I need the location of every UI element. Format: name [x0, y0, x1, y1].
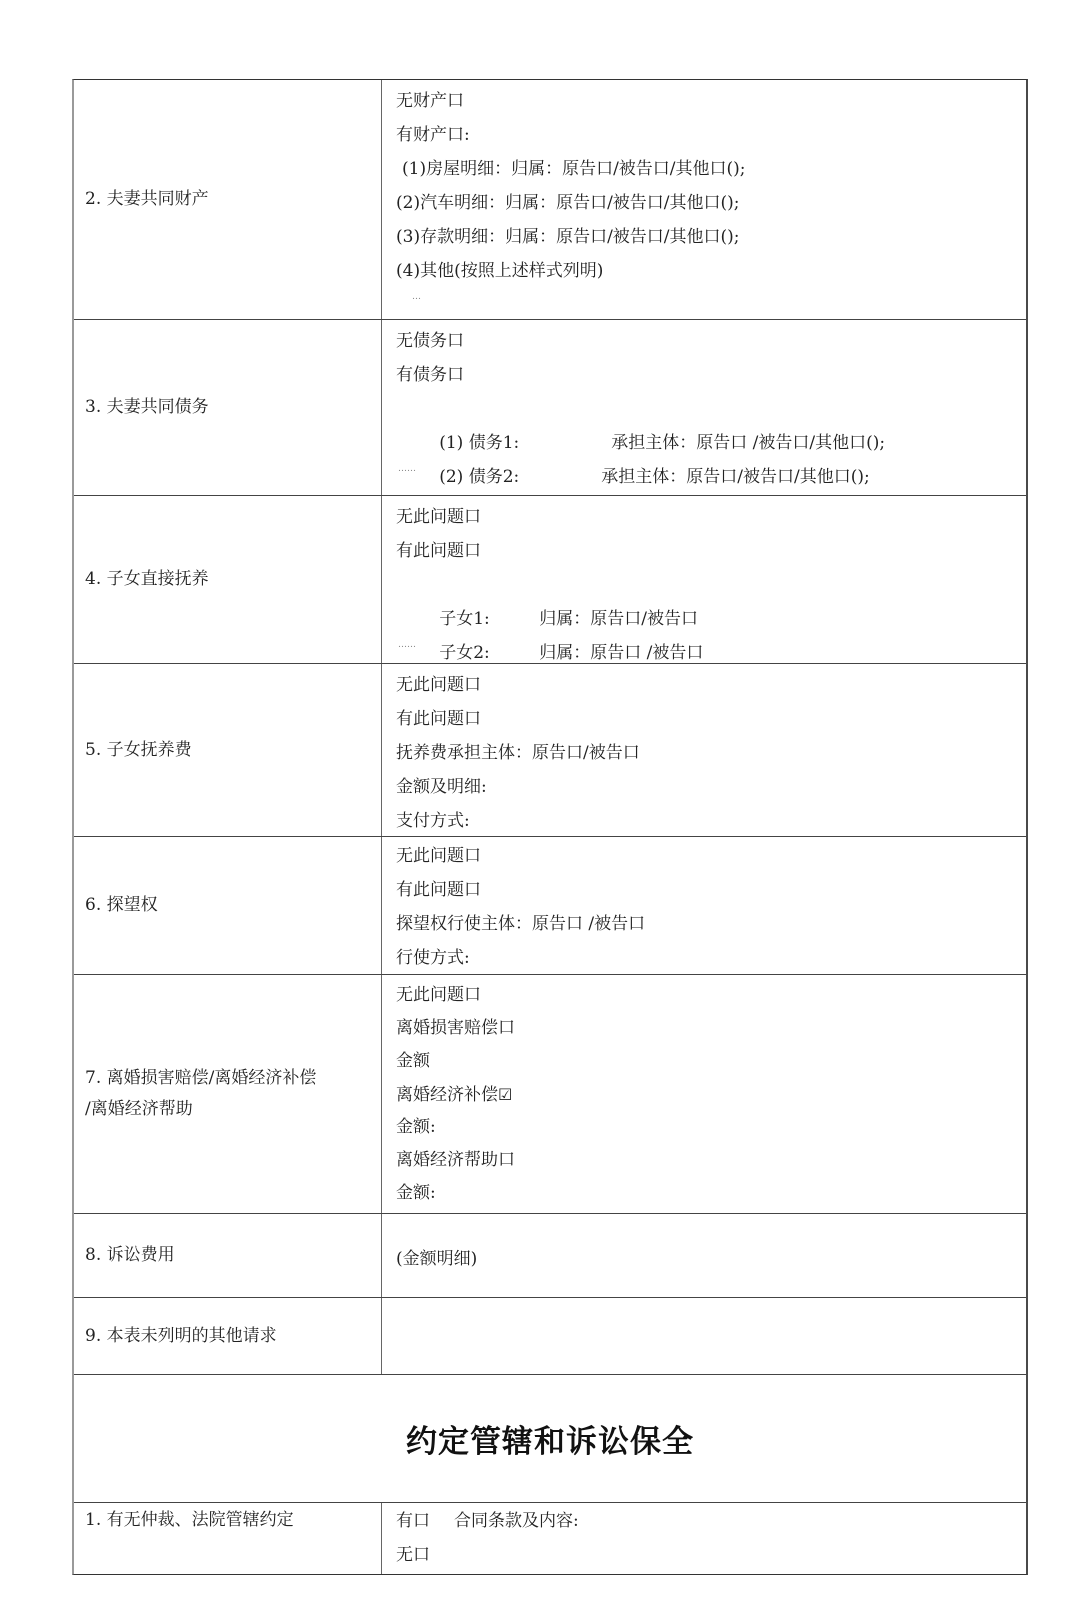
other-requests-field[interactable] — [382, 1298, 1026, 1374]
row-content: 有口合同条款及内容: 无口 — [382, 1503, 1026, 1574]
visitation-subject[interactable]: 探望权行使主体：原告口 /被告口 — [396, 907, 1014, 941]
option-yes-label[interactable]: 有口 — [396, 1504, 454, 1538]
row-label-line: 7. 离婚损害赔偿/离婚经济补偿 — [85, 1063, 316, 1094]
checkbox-checked-icon[interactable]: ☑ — [498, 1085, 512, 1104]
section-heading: 约定管辖和诉讼保全 — [406, 1416, 694, 1461]
option-has-issue[interactable]: 有此问题口 — [396, 873, 1014, 907]
row-visitation: 6. 探望权 无此问题口 有此问题口 探望权行使主体：原告口 /被告口 行使方式… — [74, 837, 1026, 975]
row-label: 7. 离婚损害赔偿/离婚经济补偿 /离婚经济帮助 — [74, 975, 382, 1213]
row-litigation-fee: 8. 诉讼费用 (金额明细) — [74, 1214, 1026, 1298]
fee-details[interactable]: (金额明细) — [396, 1244, 477, 1269]
form-table: 2. 夫妻共同财产 无财产口 有财产口: (1)房屋明细：归属：原告口/被告口/… — [72, 79, 1028, 1575]
child-1: 子女1:归属：原告口/被告口 — [396, 568, 1014, 602]
option-has-property[interactable]: 有财产口: — [396, 118, 1014, 152]
option-no-issue[interactable]: 无此问题口 — [396, 979, 1014, 1012]
property-car[interactable]: (2)汽车明细：归属：原告口/被告口/其他口(); — [396, 186, 1014, 220]
row-content: (金额明细) — [382, 1214, 1026, 1297]
debt-name: (1) 债务1: — [439, 426, 611, 460]
row-label: 3. 夫妻共同债务 — [74, 320, 382, 495]
option-has-debt[interactable]: 有债务口 — [396, 358, 1014, 392]
visitation-method[interactable]: 行使方式: — [396, 941, 1014, 975]
property-house[interactable]: (1)房屋明细：归属：原告口/被告口/其他口(); — [396, 152, 1014, 186]
support-payer[interactable]: 抚养费承担主体：原告口/被告口 — [396, 736, 1014, 770]
row-label: 4. 子女直接抚养 — [74, 496, 382, 663]
debt-item-1: (1) 债务1:承担主体：原告口 /被告口/其他口(); — [396, 392, 1014, 426]
row-jurisdiction-agreement: 1. 有无仲裁、法院管辖约定 有口合同条款及内容: 无口 — [74, 1503, 1026, 1574]
support-amount[interactable]: 金额及明细: — [396, 770, 1014, 804]
option-economic-compensation[interactable]: 离婚经济补偿☑ — [396, 1078, 1014, 1111]
row-label: 5. 子女抚养费 — [74, 664, 382, 836]
contract-clause-label[interactable]: 合同条款及内容: — [454, 1511, 579, 1531]
ellipsis: … — [396, 288, 1014, 312]
row-divorce-compensation: 7. 离婚损害赔偿/离婚经济补偿 /离婚经济帮助 无此问题口 离婚损害赔偿口 金… — [74, 975, 1026, 1214]
option-economic-help[interactable]: 离婚经济帮助口 — [396, 1144, 1014, 1177]
child-custody[interactable]: 归属：原告口/被告口 — [539, 609, 698, 629]
row-label: 2. 夫妻共同财产 — [74, 80, 382, 319]
row-label: 6. 探望权 — [74, 837, 382, 974]
support-payment-method[interactable]: 支付方式: — [396, 804, 1014, 838]
row-child-support: 5. 子女抚养费 无此问题口 有此问题口 抚养费承担主体：原告口/被告口 金额及… — [74, 664, 1026, 837]
row-content: 无此问题口 有此问题口 探望权行使主体：原告口 /被告口 行使方式: — [382, 837, 1026, 974]
debt-name: (2) 债务2: — [439, 460, 601, 494]
compensation-amount[interactable]: 金额: — [396, 1111, 1014, 1144]
row-joint-debt: 3. 夫妻共同债务 无债务口 有债务口 (1) 债务1:承担主体：原告口 /被告… — [74, 320, 1026, 496]
row-content: 无此问题口 离婚损害赔偿口 金额 离婚经济补偿☑ 金额: 离婚经济帮助口 金额: — [382, 975, 1026, 1213]
option-damage-compensation[interactable]: 离婚损害赔偿口 — [396, 1012, 1014, 1045]
option-no-issue[interactable]: 无此问题口 — [396, 839, 1014, 873]
row-other-requests: 9. 本表未列明的其他请求 — [74, 1298, 1026, 1375]
economic-compensation-label: 离婚经济补偿 — [396, 1085, 498, 1105]
option-no-debt[interactable]: 无债务口 — [396, 324, 1014, 358]
option-yes: 有口合同条款及内容: — [396, 1504, 1014, 1538]
row-content: 无此问题口 有此问题口 子女1:归属：原告口/被告口 子女2:归属：原告口 /被… — [382, 496, 1026, 663]
option-no-issue[interactable]: 无此问题口 — [396, 668, 1014, 702]
row-label-line: /离婚经济帮助 — [85, 1094, 193, 1125]
row-label: 9. 本表未列明的其他请求 — [74, 1298, 382, 1374]
option-no[interactable]: 无口 — [396, 1538, 1014, 1572]
help-amount[interactable]: 金额: — [396, 1177, 1014, 1210]
child-name: 子女1: — [439, 602, 539, 636]
property-other: (4)其他(按照上述样式列明) — [396, 254, 1014, 288]
option-no-property[interactable]: 无财产口 — [396, 84, 1014, 118]
damage-amount[interactable]: 金额 — [396, 1045, 1014, 1078]
row-content: 无债务口 有债务口 (1) 债务1:承担主体：原告口 /被告口/其他口(); (… — [382, 320, 1026, 495]
row-content: 无财产口 有财产口: (1)房屋明细：归属：原告口/被告口/其他口(); (2)… — [382, 80, 1026, 319]
debt-subject[interactable]: 承担主体：原告口 /被告口/其他口(); — [611, 433, 885, 453]
row-child-custody: 4. 子女直接抚养 无此问题口 有此问题口 子女1:归属：原告口/被告口 子女2… — [74, 496, 1026, 664]
option-no-issue[interactable]: 无此问题口 — [396, 500, 1014, 534]
child-custody[interactable]: 归属：原告口 /被告口 — [539, 643, 703, 663]
option-has-issue[interactable]: 有此问题口 — [396, 702, 1014, 736]
section-heading-row: 约定管辖和诉讼保全 — [74, 1375, 1026, 1503]
row-content: 无此问题口 有此问题口 抚养费承担主体：原告口/被告口 金额及明细: 支付方式: — [382, 664, 1026, 836]
row-joint-property: 2. 夫妻共同财产 无财产口 有财产口: (1)房屋明细：归属：原告口/被告口/… — [74, 80, 1026, 320]
option-has-issue[interactable]: 有此问题口 — [396, 534, 1014, 568]
row-label: 1. 有无仲裁、法院管辖约定 — [74, 1503, 382, 1574]
row-label: 8. 诉讼费用 — [74, 1214, 382, 1297]
debt-subject[interactable]: 承担主体：原告口/被告口/其他口(); — [601, 467, 869, 487]
property-deposit[interactable]: (3)存款明细：归属：原告口/被告口/其他口(); — [396, 220, 1014, 254]
